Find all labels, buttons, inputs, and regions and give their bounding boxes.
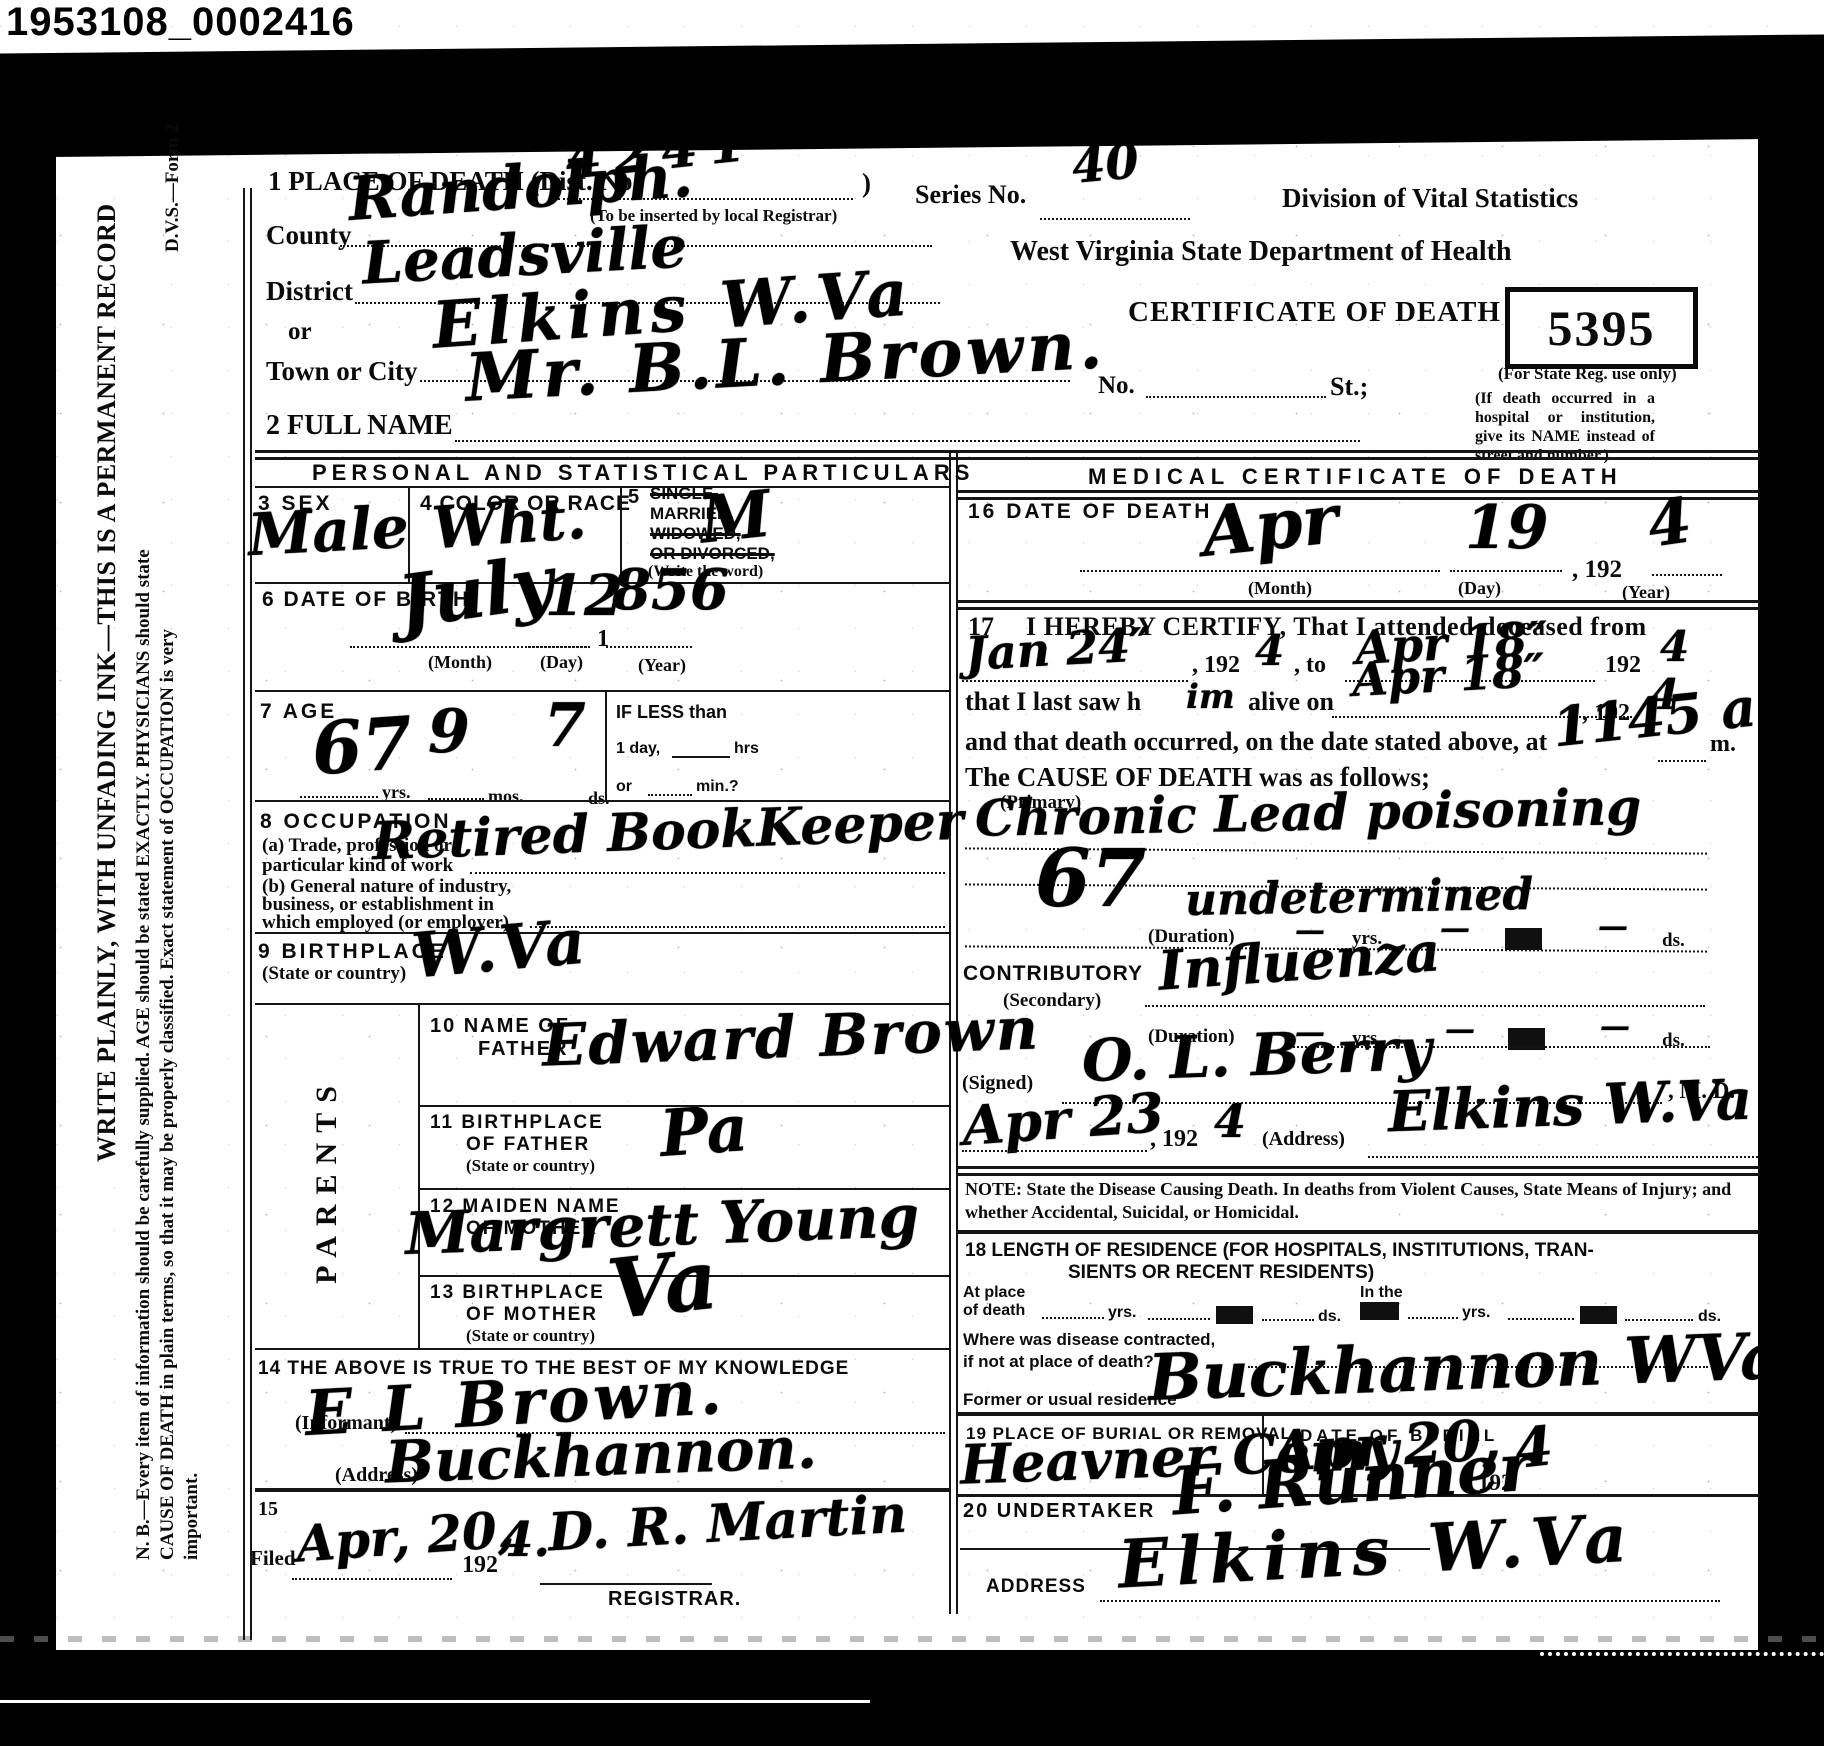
residence-label-1: 18 LENGTH OF RESIDENCE (FOR HOSPITALS, I… bbox=[965, 1240, 1594, 1262]
medical-title-rule bbox=[958, 490, 1760, 500]
state-yrs-line bbox=[1408, 1317, 1458, 1319]
at-place-mos-line bbox=[1148, 1318, 1210, 1320]
state-yrs-cap: yrs. bbox=[1462, 1304, 1490, 1322]
signed-value: O. L. Berry bbox=[1081, 1020, 1432, 1090]
at-place-yrs-line bbox=[1042, 1317, 1104, 1319]
parents-label: PARENTS bbox=[310, 1035, 350, 1325]
age-months-value: 9 bbox=[428, 702, 470, 762]
margin-nb-line2: CAUSE OF DEATH in plain terms, so that i… bbox=[156, 285, 180, 1560]
residence-label-2: SIENTS OR RECENT RESIDENTS) bbox=[1068, 1262, 1374, 1284]
header-bottom-rule bbox=[255, 450, 1760, 460]
dob-year-prefix: 1 bbox=[597, 626, 609, 653]
margin-nb-line3: important. bbox=[180, 285, 204, 1560]
margin-permanent-record-line: WRITE PLAINLY, WITH UNFADING INK—THIS IS… bbox=[92, 197, 122, 1162]
certify-him: im bbox=[1186, 680, 1235, 714]
father-bp-label-2: OF FATHER bbox=[466, 1134, 590, 1156]
death-certificate-scan: 1953108_0002416 D.V.S.—Form 2 WRITE PLAI… bbox=[0, 0, 1824, 1746]
one-day-label: 1 day, bbox=[616, 740, 660, 758]
father-bp-value: Pa bbox=[658, 1097, 750, 1167]
dob-year-cap: (Year) bbox=[638, 655, 686, 676]
at-place-yrs-cap: yrs. bbox=[1108, 1304, 1136, 1322]
dob-year-value: 856 bbox=[612, 562, 729, 618]
signed-date-value: Apr 23 bbox=[960, 1085, 1165, 1153]
birthplace-cap: (State or country) bbox=[262, 963, 406, 985]
sex-value: Male bbox=[247, 498, 411, 564]
state-mos-line bbox=[1508, 1318, 1574, 1320]
certificate-number: 5395 bbox=[1548, 299, 1656, 357]
medical-section-title: MEDICAL CERTIFICATE OF DEATH bbox=[1088, 464, 1623, 490]
certify-from-date: Jan 24″ bbox=[964, 621, 1152, 677]
certify-last-date: Apr 18″ bbox=[1351, 647, 1546, 703]
signed-address-line bbox=[1368, 1156, 1758, 1158]
mother-bp-label-2: OF MOTHER bbox=[466, 1304, 598, 1326]
parents-bottom-rule bbox=[255, 1348, 950, 1350]
dod-day-cap: (Day) bbox=[1458, 578, 1501, 599]
dod-month-line bbox=[1080, 570, 1440, 572]
age-yrs-line bbox=[300, 796, 378, 798]
contributory-secondary-cap: (Secondary) bbox=[1003, 990, 1101, 1012]
dod-day-value: 19 bbox=[1465, 498, 1549, 558]
department-label: West Virginia State Department of Health bbox=[1010, 236, 1512, 268]
age-mos-cap: mos. bbox=[488, 786, 524, 807]
personal-title-rule bbox=[255, 486, 950, 488]
at-place-ds-line bbox=[1262, 1319, 1314, 1321]
at-place-label-2: of death bbox=[963, 1302, 1025, 1320]
scan-top-bar bbox=[0, 34, 1824, 157]
contributory-dash-2: — bbox=[1445, 1015, 1475, 1045]
age-ifless-divider bbox=[605, 692, 607, 800]
marital-value: M bbox=[697, 482, 774, 553]
death-time-line bbox=[1658, 760, 1706, 762]
certify-from-line bbox=[962, 680, 1188, 682]
certify-line3: and that death occurred, on the date sta… bbox=[965, 727, 1547, 757]
filed-year-prefix: 192 bbox=[462, 1552, 498, 1579]
dob-year-line bbox=[606, 646, 692, 648]
cause-mos-cap: mos. bbox=[1505, 928, 1542, 950]
or-min-label: or bbox=[616, 778, 632, 796]
occupation-a-line bbox=[470, 872, 945, 874]
dob-day-line bbox=[528, 646, 590, 648]
if-less-label: IF LESS than bbox=[616, 702, 727, 723]
contributory-label: CONTRIBUTORY bbox=[963, 962, 1143, 986]
at-place-label-1: At place bbox=[963, 1284, 1025, 1302]
state-ds-line bbox=[1625, 1319, 1693, 1321]
one-day-line bbox=[672, 756, 730, 758]
series-no-line bbox=[1040, 218, 1190, 220]
at-place-mos-cap: mos. bbox=[1216, 1306, 1253, 1324]
cause-ds-cap: ds. bbox=[1662, 930, 1685, 952]
at-place-ds-cap: ds. bbox=[1318, 1308, 1341, 1326]
certify-line2b: alive on bbox=[1248, 687, 1334, 717]
birthplace-value: W.Va bbox=[410, 910, 591, 987]
in-the-label-2: State bbox=[1360, 1302, 1399, 1320]
death-time-m-label: m. bbox=[1710, 731, 1736, 758]
personal-section-title: PERSONAL AND STATISTICAL PARTICULARS bbox=[312, 460, 974, 486]
scan-bottom-white-dots bbox=[1540, 1652, 1824, 1656]
certify-year-prefix1: , 192 bbox=[1192, 652, 1240, 679]
certificate-number-box: 5395 bbox=[1505, 287, 1698, 369]
dob-row-rule bbox=[255, 690, 950, 692]
certify-line2a: that I last saw h bbox=[965, 687, 1141, 717]
occupation-row-rule bbox=[255, 932, 950, 934]
state-mos-cap: mos. bbox=[1580, 1306, 1617, 1324]
dod-label: 16 DATE OF DEATH bbox=[968, 500, 1212, 524]
cause-dash-3: — bbox=[1598, 912, 1628, 942]
certify-year2: 4 bbox=[1660, 626, 1689, 668]
certify-year1: 4 bbox=[1255, 630, 1284, 672]
dob-day-cap: (Day) bbox=[540, 652, 583, 673]
hrs-label: hrs bbox=[734, 740, 759, 758]
scan-right-edge bbox=[1758, 134, 1824, 1654]
street-no-line bbox=[1146, 396, 1326, 398]
registrar-line bbox=[540, 1583, 712, 1585]
mother-bp-label-1: 13 BIRTHPLACE bbox=[430, 1282, 605, 1304]
informant-address-value: Buckhannon. bbox=[384, 1418, 818, 1491]
signed-address-cap: (Address) bbox=[1262, 1128, 1345, 1151]
contributory-line bbox=[1145, 1005, 1705, 1007]
cause-duration-value: undetermined bbox=[1185, 873, 1534, 923]
registrar-signature: D. R. Martin bbox=[547, 1489, 908, 1560]
mother-bp-value: Va bbox=[604, 1239, 721, 1332]
dod-year-line bbox=[1652, 574, 1722, 576]
where-contracted-label-2: if not at place of death? bbox=[963, 1352, 1154, 1372]
image-id-label: 1953108_0002416 bbox=[6, 0, 355, 45]
age-days-value: 7 bbox=[544, 696, 586, 756]
fullname-line bbox=[455, 440, 1360, 442]
dod-year-value: 4 bbox=[1644, 489, 1695, 556]
cause-dash-2: — bbox=[1440, 914, 1470, 944]
county-label: County bbox=[266, 220, 352, 251]
street-label: St.; bbox=[1330, 372, 1368, 402]
occupation-b-line bbox=[530, 926, 945, 928]
series-no-value: 40 bbox=[1070, 137, 1141, 191]
dod-year-prefix: , 192 bbox=[1572, 556, 1622, 584]
district-label: District bbox=[266, 276, 353, 307]
signed-year-value: 4 bbox=[1214, 1098, 1246, 1144]
father-value: Edward Brown bbox=[541, 999, 1041, 1074]
dod-month-cap: (Month) bbox=[1248, 578, 1312, 599]
dob-month-value: July bbox=[394, 546, 558, 639]
undertaker-label: 20 UNDERTAKER bbox=[963, 1500, 1155, 1523]
place-paren-close: ) bbox=[862, 168, 871, 199]
certify-to-label: , to bbox=[1294, 652, 1326, 679]
dod-day-line bbox=[1450, 570, 1562, 572]
contributory-ds-cap: ds. bbox=[1662, 1030, 1685, 1052]
marital-num: 5 bbox=[628, 486, 639, 509]
dod-month-value: Apr bbox=[1199, 485, 1342, 567]
cause-code-value: 67 bbox=[1035, 838, 1146, 918]
signed-date-line bbox=[962, 1150, 1147, 1152]
registrar-cap: REGISTRAR. bbox=[608, 1588, 741, 1611]
min-label: min.? bbox=[696, 778, 739, 796]
contributory-value: Influenza bbox=[1156, 924, 1441, 998]
dob-month-cap: (Month) bbox=[428, 652, 492, 673]
in-the-label-1: In the bbox=[1360, 1284, 1403, 1302]
father-bp-cap: (State or country) bbox=[466, 1156, 595, 1176]
form-left-border bbox=[243, 188, 252, 1640]
signed-address-value: Elkins W.Va bbox=[1387, 1072, 1753, 1141]
signed-year-prefix: , 192 bbox=[1150, 1126, 1198, 1153]
filed-date-line bbox=[292, 1578, 452, 1580]
scan-grain-strip bbox=[0, 1636, 1824, 1642]
former-residence-label: Former or usual residence bbox=[963, 1390, 1177, 1410]
form-code-label: D.V.S.—Form 2 bbox=[162, 142, 184, 252]
min-line bbox=[648, 794, 692, 796]
undertaker-address-line bbox=[1100, 1600, 1720, 1602]
contributory-dash-3: — bbox=[1600, 1012, 1630, 1042]
dod-row-rule bbox=[958, 600, 1760, 610]
filed-label: Filed bbox=[250, 1546, 296, 1571]
undertaker-address-label: ADDRESS bbox=[986, 1576, 1086, 1598]
series-no-label: Series No. bbox=[915, 180, 1026, 210]
signed-row-rule bbox=[958, 1166, 1760, 1176]
certificate-title: CERTIFICATE OF DEATH bbox=[1128, 296, 1501, 329]
filed-num: 15 bbox=[258, 1498, 278, 1521]
scan-bottom-bar bbox=[0, 1650, 1824, 1746]
note-bottom-rule bbox=[958, 1230, 1760, 1234]
parents-divider bbox=[418, 1003, 420, 1348]
town-label: Town or City bbox=[266, 356, 418, 387]
margin-nb-note: N. B.—Every item of information should b… bbox=[132, 285, 204, 1560]
state-reg-note: (For State Reg. use only) bbox=[1498, 364, 1677, 384]
division-label: Division of Vital Statistics bbox=[1282, 183, 1578, 214]
father-bp-label-1: 11 BIRTHPLACE bbox=[430, 1112, 604, 1134]
age-years-value: 67 bbox=[310, 707, 415, 786]
fullname-label: 2 FULL NAME bbox=[266, 410, 453, 442]
certify-year-prefix2: 192 bbox=[1605, 652, 1641, 679]
scan-bottom-white-line bbox=[0, 1700, 870, 1703]
scan-left-edge bbox=[0, 140, 56, 1655]
filed-year-value: 4. bbox=[500, 1516, 550, 1564]
occupation-value: Retired BookKeeper bbox=[371, 796, 964, 869]
or-label: or bbox=[288, 318, 312, 346]
violent-causes-note: NOTE: State the Disease Causing Death. I… bbox=[965, 1178, 1745, 1225]
former-residence-value: Buckhannon WVa bbox=[1147, 1325, 1782, 1411]
margin-nb-line1: N. B.—Every item of information should b… bbox=[132, 285, 156, 1560]
mother-bp-cap: (State or country) bbox=[466, 1326, 595, 1346]
